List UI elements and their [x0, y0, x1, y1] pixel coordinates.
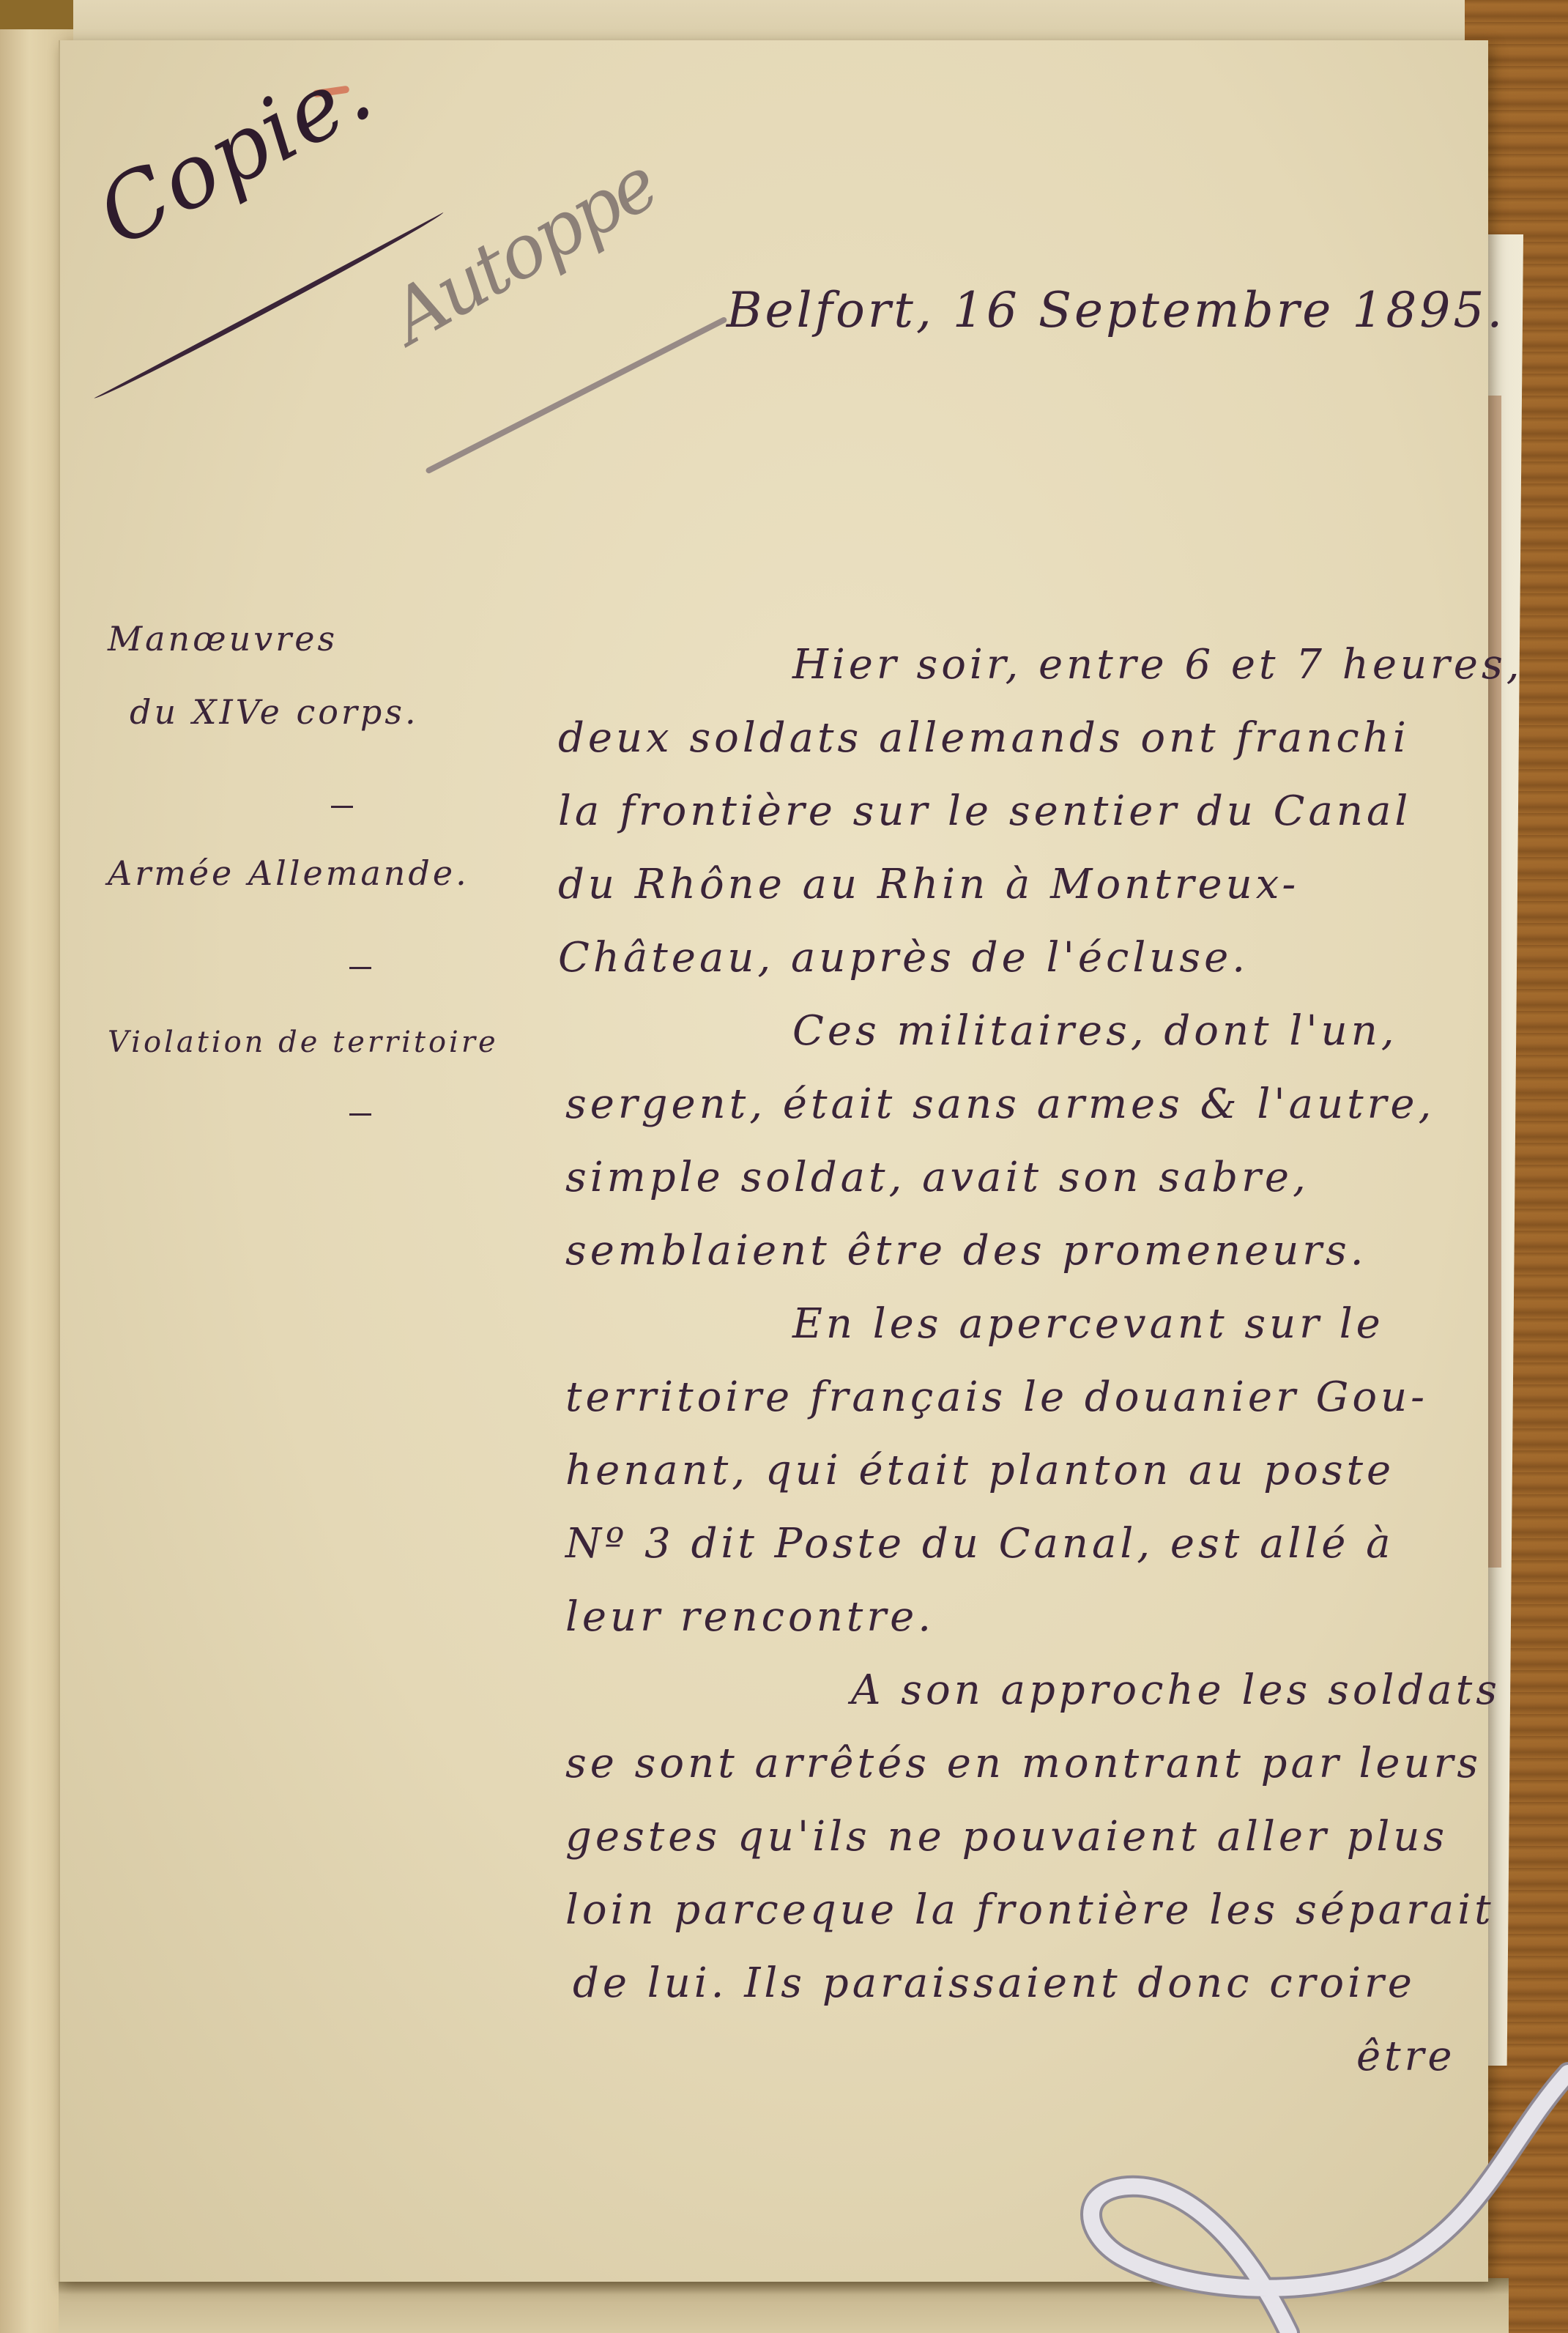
body-line: se sont arrêtés en montrant par leurs [565, 1740, 1482, 1787]
pencil-annotation: Autoppe [376, 141, 671, 360]
margin-dash [349, 967, 371, 969]
margin-note: Violation de territoire [108, 1025, 499, 1059]
margin-dash [331, 806, 353, 808]
body-line: semblaient être des promeneurs. [565, 1227, 1367, 1275]
pencil-underline [425, 316, 727, 475]
body-line: En les apercevant sur le [792, 1300, 1384, 1348]
body-line: sergent, était sans armes & l'autre, [565, 1080, 1435, 1128]
body-line: Château, auprès de l'écluse. [558, 934, 1249, 982]
body-line: Hier soir, entre 6 et 7 heures, [792, 641, 1523, 689]
body-line: A son approche les soldats [851, 1666, 1501, 1714]
body-line: leur rencontre. [565, 1593, 935, 1641]
body-line: Nº 3 dit Poste du Canal, est allé à [565, 1520, 1394, 1568]
body-line: gestes qu'ils ne pouvaient aller plus [565, 1813, 1448, 1861]
body-line: du Rhône au Rhin à Montreux- [558, 861, 1299, 908]
place-date: Belfort, 16 Septembre 1895. [727, 282, 1505, 338]
body-line: la frontière sur le sentier du Canal [558, 787, 1411, 835]
body-line: de lui. Ils paraissaient donc croire [573, 1959, 1416, 2007]
margin-dash [349, 1113, 371, 1116]
body-line: simple soldat, avait son sabre, [565, 1154, 1309, 1201]
body-line: territoire français le douanier Gou- [565, 1373, 1428, 1421]
body-line: Ces militaires, dont l'un, [792, 1007, 1398, 1055]
folder-top-strip [0, 0, 73, 29]
body-line: henant, qui était planton au poste [565, 1447, 1394, 1494]
catchword: être [1356, 2033, 1456, 2080]
margin-note: Armée Allemande. [108, 853, 469, 893]
margin-note: Manœuvres [108, 619, 338, 659]
body-line: deux soldats allemands ont franchi [558, 714, 1410, 762]
letter-page: Copie. Autoppe Belfort, 16 Septembre 189… [59, 40, 1488, 2282]
margin-note: du XIVe corps. [130, 692, 419, 732]
copie-annotation: Copie. [82, 39, 389, 267]
stacked-sheets-bottom [59, 2278, 1509, 2333]
body-line: loin parceque la frontière les séparait [565, 1886, 1495, 1934]
